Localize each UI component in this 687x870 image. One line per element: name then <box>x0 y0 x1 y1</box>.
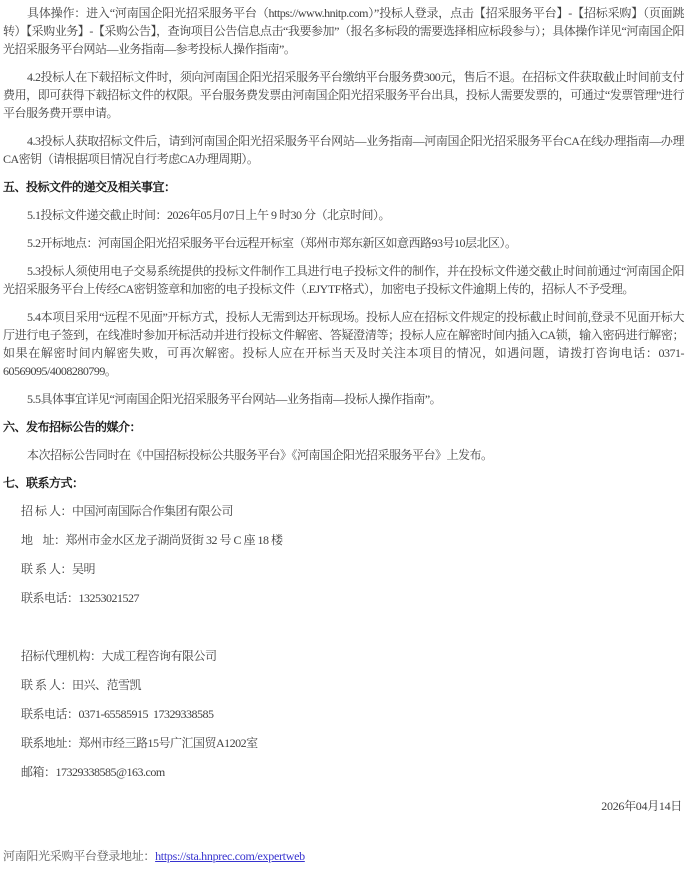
footer-login-label: 河南阳光采购平台登录地址： <box>3 849 155 863</box>
clause-5-2-opening-place: 5.2开标地点：河南国企阳光招采服务平台远程开标室（郑州市郑东新区如意西路93号… <box>3 234 684 252</box>
tenderer-contact-line: 联 系 人：吴明 <box>3 560 684 578</box>
clause-5-1-deadline: 5.1投标文件递交截止时间：2026年05月07日上午 9 时30 分（北京时间… <box>3 206 684 224</box>
clause-4-2-platform-fee: 4.2投标人在下载招标文件时，须向河南国企阳光招采服务平台缴纳平台服务费300元… <box>3 68 684 122</box>
announcement-date: 2026年04月14日 <box>601 797 682 814</box>
agency-contact-line: 联 系 人：田兴、范雪凯 <box>3 676 684 694</box>
tenderer-name-line: 招 标 人：中国河南国际合作集团有限公司 <box>3 502 684 520</box>
clause-4-3-ca-key: 4.3投标人获取招标文件后，请到河南国企阳光招采服务平台网站—业务指南—河南国企… <box>3 132 684 168</box>
section-6-media: 本次招标公告同时在《中国招标投标公共服务平台》《河南国企阳光招采服务平台》上发布… <box>3 446 684 464</box>
paragraph-operation-guide: 具体操作：进入“河南国企阳光招采服务平台（https://www.hnitp.c… <box>3 4 684 58</box>
agency-name-line: 招标代理机构：大成工程咨询有限公司 <box>3 647 684 665</box>
agency-address-line: 联系地址：郑州市经三路15号广汇国贸A1202室 <box>3 734 684 752</box>
page-footer: 河南阳光采购平台登录地址：https://sta.hnprec.com/expe… <box>3 847 305 864</box>
section-6-heading: 六、发布招标公告的媒介： <box>3 418 684 436</box>
announcement-body: 具体操作：进入“河南国企阳光招采服务平台（https://www.hnitp.c… <box>3 4 684 792</box>
tenderer-address-line: 地 址：郑州市金水区龙子湖尚贤街 32 号 C 座 18 楼 <box>3 531 684 549</box>
section-5-heading: 五、投标文件的递交及相关事宜： <box>3 178 684 196</box>
clause-5-4-remote-opening: 5.4本项目采用“远程不见面”开标方式，投标人无需到达开标现场。投标人应在招标文… <box>3 308 684 380</box>
agency-email-line: 邮箱：17329338585@163.com <box>3 763 684 781</box>
contact-block-gap <box>3 618 684 647</box>
document-page: 具体操作：进入“河南国企阳光招采服务平台（https://www.hnitp.c… <box>0 0 687 870</box>
tenderer-phone-line: 联系电话：13253021527 <box>3 589 684 607</box>
footer-login-link[interactable]: https://sta.hnprec.com/expertweb <box>155 849 305 863</box>
section-7-heading: 七、联系方式： <box>3 474 684 492</box>
clause-5-5-details: 5.5具体事宜详见“河南国企阳光招采服务平台网站—业务指南—投标人操作指南”。 <box>3 390 684 408</box>
clause-5-3-etender-file: 5.3投标人须使用电子交易系统提供的投标文件制作工具进行电子投标文件的制作，并在… <box>3 262 684 298</box>
agency-phone-line: 联系电话：0371-65585915 17329338585 <box>3 705 684 723</box>
